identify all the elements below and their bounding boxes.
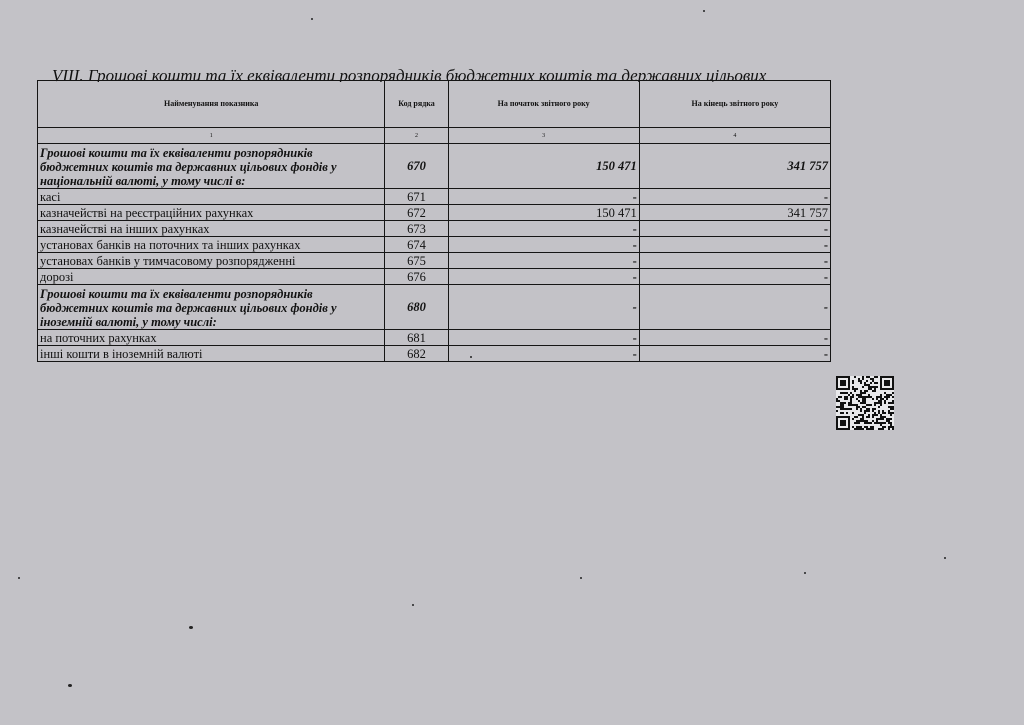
row-code: 676	[385, 269, 448, 285]
indicator-name: інші кошти в іноземній валюті	[38, 346, 385, 362]
header-start-of-year: На початок звітного року	[448, 81, 639, 128]
end-of-year-value: -	[639, 269, 830, 285]
end-of-year-value: -	[639, 237, 830, 253]
indicator-name: на поточних рахунках	[38, 330, 385, 346]
end-of-year-value: -	[639, 346, 830, 362]
indicator-name: касі	[38, 189, 385, 205]
scan-speck	[580, 577, 582, 579]
end-of-year-value: -	[639, 221, 830, 237]
scan-speck	[18, 577, 20, 579]
scan-speck	[68, 684, 72, 687]
column-number: 4	[639, 128, 830, 144]
table-body: Грошові кошти та їх еквіваленти розпоряд…	[38, 144, 831, 362]
scan-speck	[703, 10, 705, 12]
row-code: 680	[385, 285, 448, 330]
end-of-year-value: 341 757	[639, 205, 830, 221]
row-code: 675	[385, 253, 448, 269]
start-of-year-value: -	[448, 237, 639, 253]
row-code: 671	[385, 189, 448, 205]
start-of-year-value: -	[448, 253, 639, 269]
table-row: на поточних рахунках681--	[38, 330, 831, 346]
indicator-name: установах банків у тимчасовому розпорядж…	[38, 253, 385, 269]
end-of-year-value: -	[639, 253, 830, 269]
end-of-year-value: -	[639, 189, 830, 205]
header-end-of-year: На кінець звітного року	[639, 81, 830, 128]
row-code: 682	[385, 346, 448, 362]
start-of-year-value: -	[448, 346, 639, 362]
row-code: 681	[385, 330, 448, 346]
indicator-name: Грошові кошти та їх еквіваленти розпоряд…	[38, 144, 385, 189]
row-code: 670	[385, 144, 448, 189]
indicator-name: установах банків на поточних та інших ра…	[38, 237, 385, 253]
end-of-year-value: -	[639, 285, 830, 330]
scan-speck	[470, 356, 472, 358]
qr-code-icon	[836, 376, 894, 430]
indicator-name: казначействі на реєстраційних рахунках	[38, 205, 385, 221]
table-row: касі671--	[38, 189, 831, 205]
row-code: 674	[385, 237, 448, 253]
header-indicator-name: Найменування показника	[38, 81, 385, 128]
table-row: дорозі676--	[38, 269, 831, 285]
indicator-name: дорозі	[38, 269, 385, 285]
table-group-row: Грошові кошти та їх еквіваленти розпоряд…	[38, 285, 831, 330]
indicator-name: казначействі на інших рахунках	[38, 221, 385, 237]
table-header-row: Найменування показника Код рядка На поча…	[38, 81, 831, 128]
start-of-year-value: -	[448, 221, 639, 237]
start-of-year-value: -	[448, 285, 639, 330]
row-code: 673	[385, 221, 448, 237]
column-number: 2	[385, 128, 448, 144]
table-row: установах банків у тимчасовому розпорядж…	[38, 253, 831, 269]
scan-speck	[804, 572, 806, 574]
header-row-code: Код рядка	[385, 81, 448, 128]
table-group-row: Грошові кошти та їх еквіваленти розпоряд…	[38, 144, 831, 189]
table-row: інші кошти в іноземній валюті682--	[38, 346, 831, 362]
cash-equivalents-table: Найменування показника Код рядка На поча…	[37, 80, 831, 362]
column-number: 1	[38, 128, 385, 144]
table-row: казначействі на інших рахунках673--	[38, 221, 831, 237]
indicator-name: Грошові кошти та їх еквіваленти розпоряд…	[38, 285, 385, 330]
table-row: установах банків на поточних та інших ра…	[38, 237, 831, 253]
column-number-row: 1 2 3 4	[38, 128, 831, 144]
scan-speck	[189, 626, 193, 629]
row-code: 672	[385, 205, 448, 221]
scan-speck	[944, 557, 946, 559]
start-of-year-value: -	[448, 269, 639, 285]
end-of-year-value: 341 757	[639, 144, 830, 189]
scan-speck	[311, 18, 313, 20]
start-of-year-value: -	[448, 189, 639, 205]
start-of-year-value: 150 471	[448, 144, 639, 189]
start-of-year-value: 150 471	[448, 205, 639, 221]
scan-speck	[412, 604, 414, 606]
start-of-year-value: -	[448, 330, 639, 346]
end-of-year-value: -	[639, 330, 830, 346]
column-number: 3	[448, 128, 639, 144]
table-row: казначействі на реєстраційних рахунках67…	[38, 205, 831, 221]
